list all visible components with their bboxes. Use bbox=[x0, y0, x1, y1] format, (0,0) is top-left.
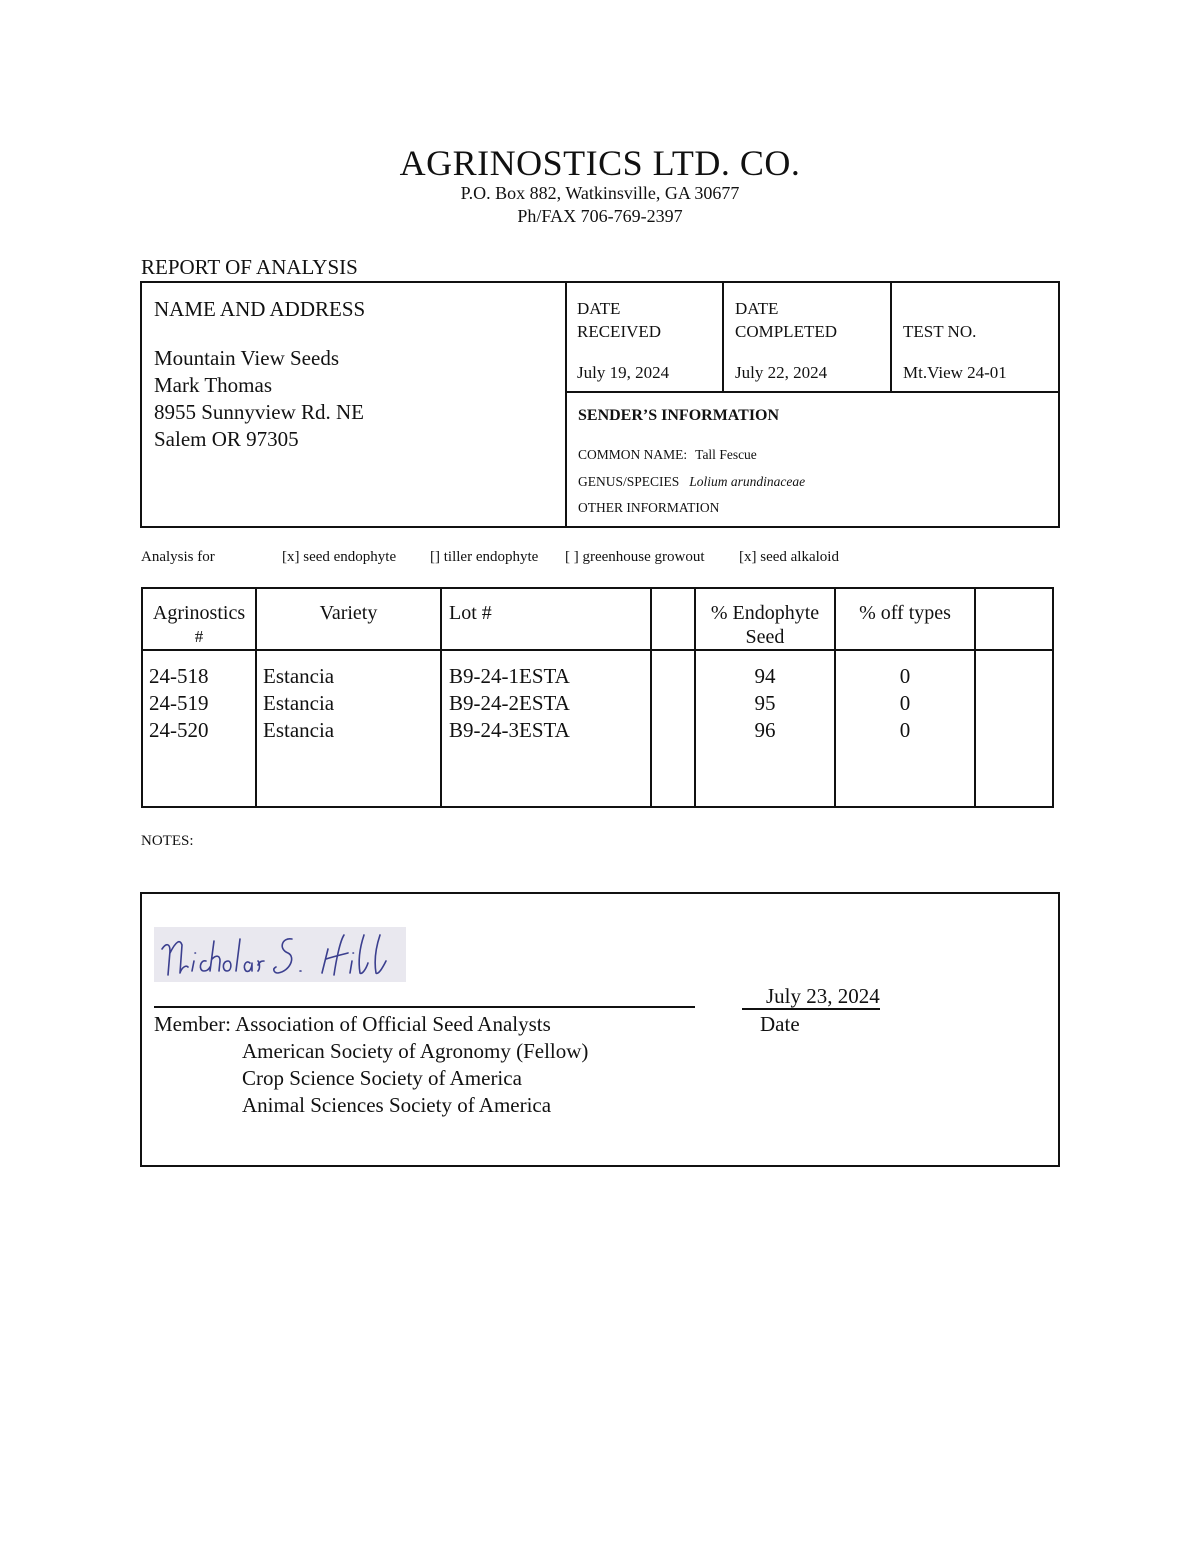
table-cell: 96 bbox=[696, 717, 834, 744]
customer-street: 8955 Sunnyview Rd. NE bbox=[154, 399, 364, 426]
header-blank-1 bbox=[651, 588, 695, 650]
company-name: AGRINOSTICS LTD. CO. bbox=[0, 142, 1200, 184]
other-information-label: OTHER INFORMATION bbox=[578, 500, 719, 516]
table-cell: B9-24-3ESTA bbox=[449, 717, 650, 744]
signature-box: July 23, 2024 Date Member: Association o… bbox=[140, 892, 1060, 1167]
name-and-address-cell: NAME AND ADDRESS Mountain View Seeds Mar… bbox=[142, 283, 567, 526]
date-completed-label: DATE COMPLETED bbox=[735, 297, 837, 343]
membership-item: American Society of Agronomy (Fellow) bbox=[154, 1038, 588, 1065]
name-and-address-label: NAME AND ADDRESS bbox=[154, 297, 365, 322]
header-agrinostics: Agrinostics # bbox=[142, 588, 256, 650]
date-received-cell: DATE RECEIVED July 19, 2024 bbox=[566, 283, 724, 393]
membership-first-line: Member: Association of Official Seed Ana… bbox=[154, 1011, 588, 1038]
table-cell: 95 bbox=[696, 690, 834, 717]
blank-column-1 bbox=[651, 650, 695, 807]
common-name-label: COMMON NAME: bbox=[578, 447, 687, 462]
signature-image bbox=[154, 927, 406, 982]
table-cell: Estancia bbox=[263, 690, 440, 717]
customer-address: Mountain View Seeds Mark Thomas 8955 Sun… bbox=[154, 345, 364, 453]
header-agrinostics-line1: Agrinostics bbox=[143, 601, 255, 625]
analysis-label: Analysis for bbox=[141, 549, 215, 566]
genus-species-label: GENUS/SPECIES bbox=[578, 474, 679, 489]
common-name-row: COMMON NAME:Tall Fescue bbox=[578, 447, 757, 463]
table-cell: 0 bbox=[836, 690, 974, 717]
header-endophyte-line1: % Endophyte bbox=[696, 601, 834, 625]
results-table: Agrinostics # Variety Lot # % Endophyte … bbox=[141, 587, 1054, 808]
table-cell: 0 bbox=[836, 717, 974, 744]
header-off-types: % off types bbox=[835, 588, 975, 650]
option-seed-endophyte: [x] seed endophyte bbox=[282, 549, 396, 566]
report-title: REPORT OF ANALYSIS bbox=[141, 255, 358, 280]
date-received-label: DATE RECEIVED bbox=[577, 297, 661, 343]
signature-date: July 23, 2024 bbox=[742, 984, 880, 1010]
signature-icon bbox=[154, 927, 406, 982]
test-no-value: Mt.View 24-01 bbox=[903, 363, 1007, 383]
membership-item: Animal Sciences Society of America bbox=[154, 1092, 588, 1119]
agrinostics-column: 24-518 24-519 24-520 bbox=[142, 650, 256, 807]
table-cell: Estancia bbox=[263, 663, 440, 690]
header-lot: Lot # bbox=[441, 588, 651, 650]
genus-species-row: GENUS/SPECIESLolium arundinaceae bbox=[578, 474, 805, 490]
test-no-cell: TEST NO. Mt.View 24-01 bbox=[892, 283, 1058, 393]
results-body-row: 24-518 24-519 24-520 Estancia Estancia E… bbox=[142, 650, 1053, 807]
table-cell: 24-518 bbox=[149, 663, 255, 690]
sender-title: SENDER’S INFORMATION bbox=[578, 407, 779, 425]
memberships: Member: Association of Official Seed Ana… bbox=[154, 1011, 588, 1119]
table-cell: 94 bbox=[696, 663, 834, 690]
signature-line bbox=[154, 1006, 695, 1008]
table-cell: Estancia bbox=[263, 717, 440, 744]
notes-label: NOTES: bbox=[141, 833, 194, 850]
table-cell: B9-24-2ESTA bbox=[449, 690, 650, 717]
blank-column-2 bbox=[975, 650, 1053, 807]
member-label: Member: bbox=[154, 1012, 231, 1036]
table-cell: B9-24-1ESTA bbox=[449, 663, 650, 690]
endophyte-column: 94 95 96 bbox=[695, 650, 835, 807]
date-received-label-line1: DATE bbox=[577, 297, 661, 320]
header-variety: Variety bbox=[256, 588, 441, 650]
test-no-label: TEST NO. bbox=[903, 320, 976, 343]
date-completed-cell: DATE COMPLETED July 22, 2024 bbox=[724, 283, 892, 393]
customer-contact: Mark Thomas bbox=[154, 372, 364, 399]
membership-item: Association of Official Seed Analysts bbox=[235, 1012, 551, 1036]
results-header-row: Agrinostics # Variety Lot # % Endophyte … bbox=[142, 588, 1053, 650]
option-greenhouse-growout: [ ] greenhouse growout bbox=[565, 549, 705, 566]
date-completed-label-line1: DATE bbox=[735, 297, 837, 320]
genus-species-value: Lolium arundinaceae bbox=[689, 474, 805, 489]
date-completed-value: July 22, 2024 bbox=[735, 363, 827, 383]
header-agrinostics-line2: # bbox=[143, 625, 255, 649]
option-seed-alkaloid: [x] seed alkaloid bbox=[739, 549, 839, 566]
membership-item: Crop Science Society of America bbox=[154, 1065, 588, 1092]
company-phone: Ph/FAX 706-769-2397 bbox=[0, 206, 1200, 227]
table-cell: 0 bbox=[836, 663, 974, 690]
sender-information: SENDER’S INFORMATION COMMON NAME:Tall Fe… bbox=[566, 393, 1058, 526]
header-endophyte: % Endophyte Seed bbox=[695, 588, 835, 650]
variety-column: Estancia Estancia Estancia bbox=[256, 650, 441, 807]
date-received-value: July 19, 2024 bbox=[577, 363, 669, 383]
signature-date-label: Date bbox=[760, 1012, 800, 1037]
header-endophyte-line2: Seed bbox=[696, 625, 834, 649]
date-completed-label-line2: COMPLETED bbox=[735, 320, 837, 343]
info-box: NAME AND ADDRESS Mountain View Seeds Mar… bbox=[140, 281, 1060, 528]
table-cell: 24-519 bbox=[149, 690, 255, 717]
customer-city: Salem OR 97305 bbox=[154, 426, 364, 453]
common-name-value: Tall Fescue bbox=[695, 447, 757, 462]
option-tiller-endophyte: [] tiller endophyte bbox=[430, 549, 538, 566]
lot-column: B9-24-1ESTA B9-24-2ESTA B9-24-3ESTA bbox=[441, 650, 651, 807]
off-types-column: 0 0 0 bbox=[835, 650, 975, 807]
table-cell: 24-520 bbox=[149, 717, 255, 744]
header-blank-2 bbox=[975, 588, 1053, 650]
company-address: P.O. Box 882, Watkinsville, GA 30677 bbox=[0, 183, 1200, 204]
date-received-label-line2: RECEIVED bbox=[577, 320, 661, 343]
customer-company: Mountain View Seeds bbox=[154, 345, 364, 372]
